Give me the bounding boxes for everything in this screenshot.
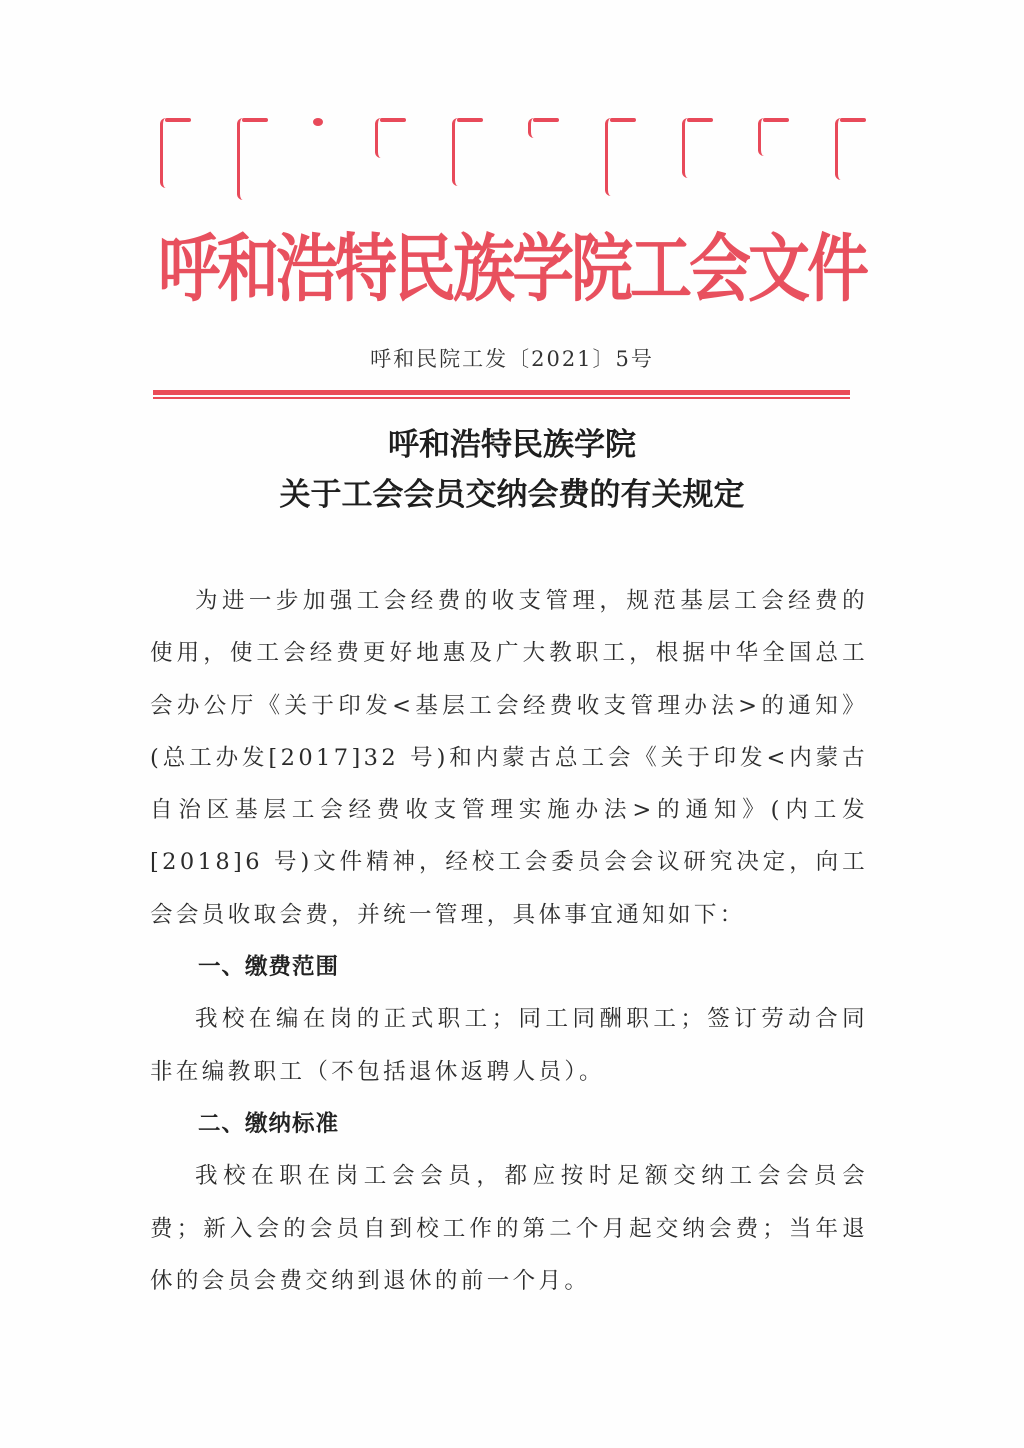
section-paragraph: 我校在职在岗工会会员，都应按时足额交纳工会会员会费；新入会的会员自到校工作的第二…	[150, 1150, 868, 1307]
document-body: 为进一步加强工会经费的收支管理，规范基层工会经费的使用，使工会经费更好地惠及广大…	[150, 575, 868, 1307]
mongolian-word	[375, 118, 400, 158]
mongolian-word	[682, 118, 707, 178]
mongolian-word	[160, 118, 185, 188]
mongolian-word	[528, 118, 553, 138]
letterhead-rule-thin	[153, 397, 850, 399]
document-title-line1: 呼和浩特民族学院	[0, 420, 1024, 470]
mongolian-word	[237, 118, 262, 200]
section-paragraph: 我校在编在岗的正式职工；同工同酬职工；签订劳动合同非在编教职工（不包括退休返聘人…	[150, 993, 868, 1098]
mongolian-word	[313, 118, 323, 126]
section-heading: 一、缴费范围	[150, 941, 868, 993]
mongolian-word	[452, 118, 477, 186]
mongolian-word	[758, 118, 783, 156]
letterhead-rule-thick	[153, 390, 850, 395]
letterhead-title: 呼和浩特民族学院工会文件	[0, 210, 1024, 315]
mongolian-word	[835, 118, 860, 180]
section-heading: 二、缴纳标准	[150, 1098, 868, 1150]
document-title-line2: 关于工会会员交纳会费的有关规定	[0, 470, 1024, 520]
intro-paragraph: 为进一步加强工会经费的收支管理，规范基层工会经费的使用，使工会经费更好地惠及广大…	[150, 575, 868, 941]
mongolian-word	[605, 118, 630, 196]
document-title: 呼和浩特民族学院 关于工会会员交纳会费的有关规定	[0, 420, 1024, 520]
mongolian-script-header	[160, 118, 860, 213]
document-number: 呼和民院工发〔2021〕5号	[0, 343, 1024, 373]
